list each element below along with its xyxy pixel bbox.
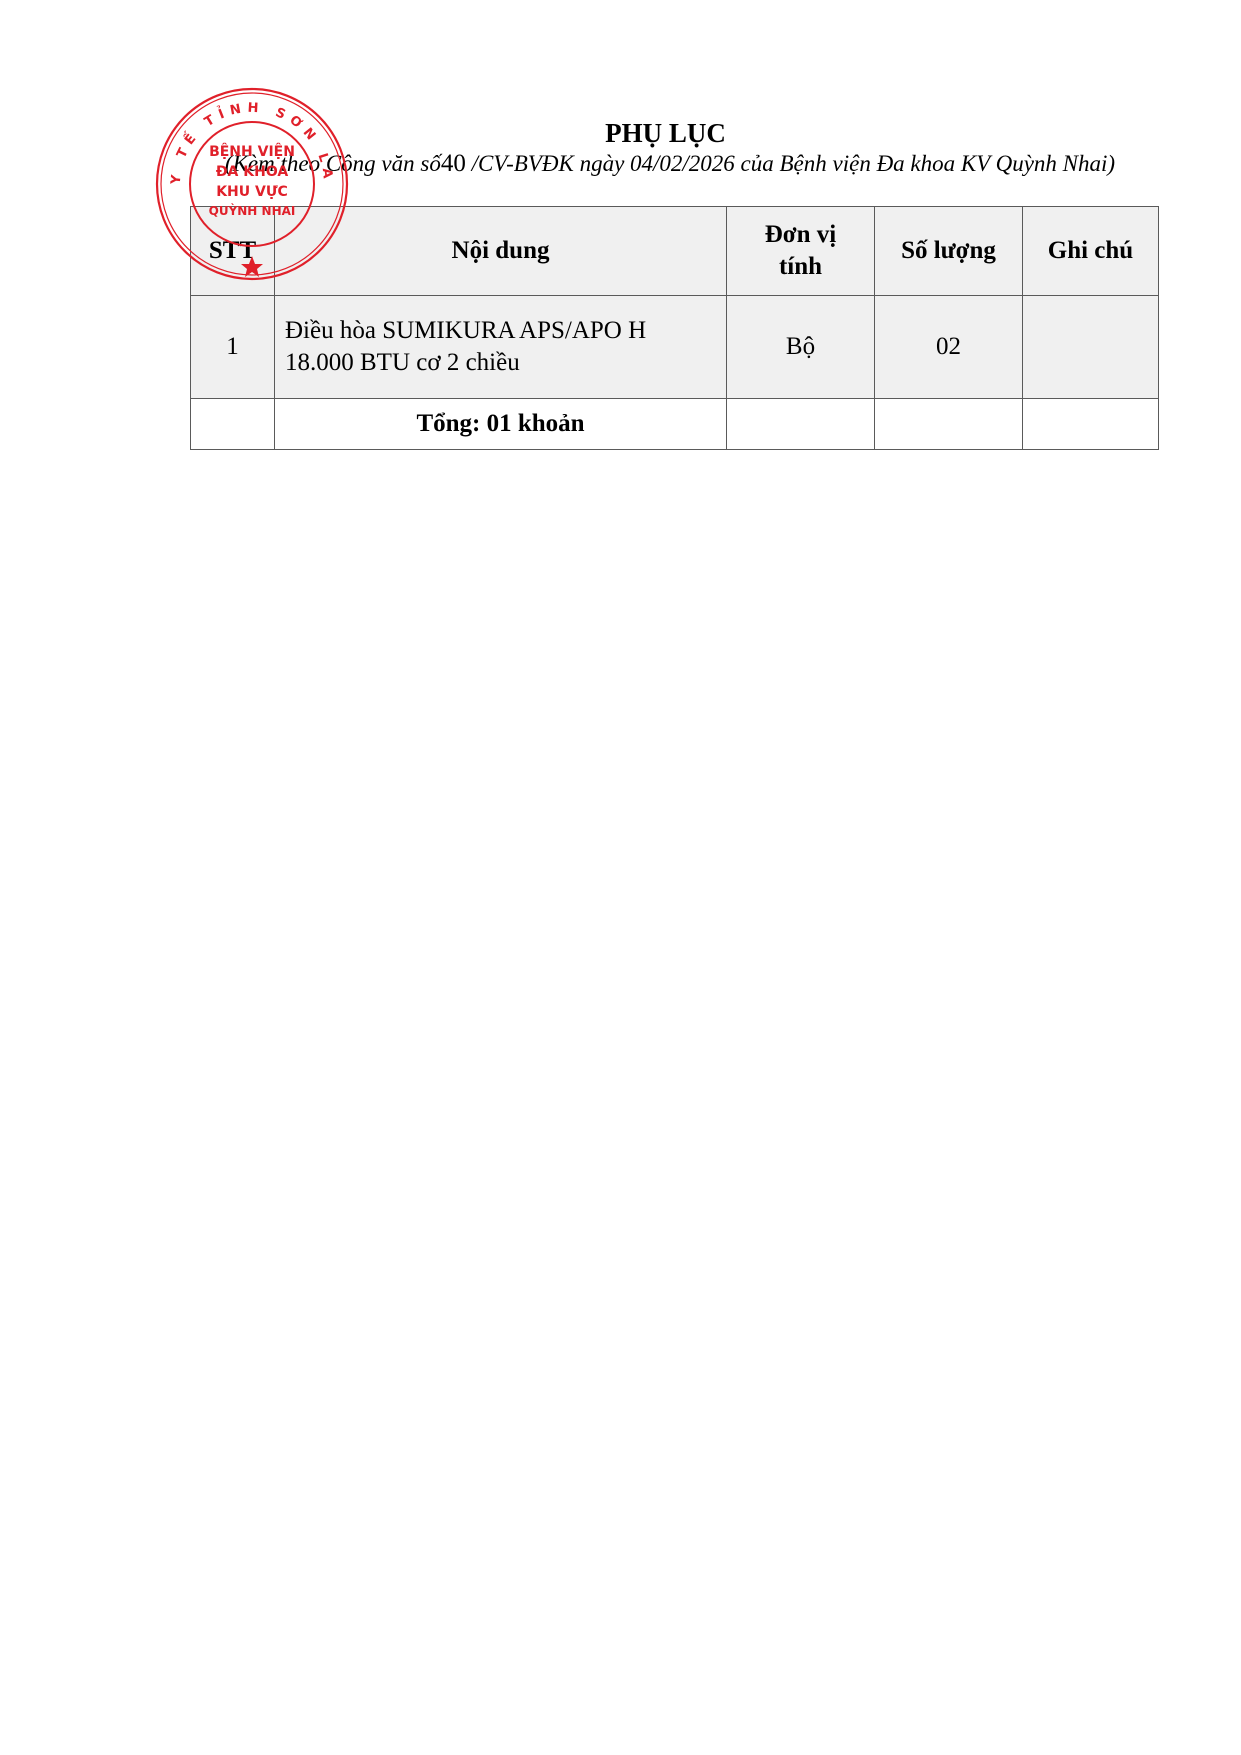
- header-quantity: Số lượng: [875, 207, 1023, 296]
- total-note-cell: [1023, 399, 1159, 450]
- cell-note: [1023, 296, 1159, 399]
- header-unit: Đơn vị tính: [727, 207, 875, 296]
- total-stt-cell: [191, 399, 275, 450]
- subtitle-prefix: (Kèm theo Công văn số: [225, 151, 441, 176]
- cell-quantity: 02: [875, 296, 1023, 399]
- total-quantity-cell: [875, 399, 1023, 450]
- document-number: 40: [441, 150, 466, 177]
- svg-text:KHU VỰC: KHU VỰC: [216, 184, 288, 200]
- table-row: 1 Điều hòa SUMIKURA APS/APO H 18.000 BTU…: [191, 296, 1159, 399]
- header-unit-label: Đơn vị tính: [751, 219, 851, 283]
- appendix-table: STT Nội dung Đơn vị tính Số lượng Ghi ch…: [190, 206, 1159, 450]
- table-header-row: STT Nội dung Đơn vị tính Số lượng Ghi ch…: [191, 207, 1159, 296]
- document-page: PHỤ LỤC (Kèm theo Công văn số40 /CV-BVĐK…: [0, 0, 1241, 1755]
- document-subtitle: (Kèm theo Công văn số40 /CV-BVĐK ngày 04…: [190, 150, 1150, 178]
- total-label: Tổng: 01 khoản: [275, 399, 727, 450]
- header-note: Ghi chú: [1023, 207, 1159, 296]
- subtitle-suffix: /CV-BVĐK ngày 04/02/2026 của Bệnh viện Đ…: [466, 151, 1115, 176]
- header-stt: STT: [191, 207, 275, 296]
- total-unit-cell: [727, 399, 875, 450]
- document-title: PHỤ LỤC: [0, 118, 1241, 148]
- header-content: Nội dung: [275, 207, 727, 296]
- total-row: Tổng: 01 khoản: [191, 399, 1159, 450]
- cell-content: Điều hòa SUMIKURA APS/APO H 18.000 BTU c…: [275, 296, 727, 399]
- cell-stt: 1: [191, 296, 275, 399]
- cell-unit: Bộ: [727, 296, 875, 399]
